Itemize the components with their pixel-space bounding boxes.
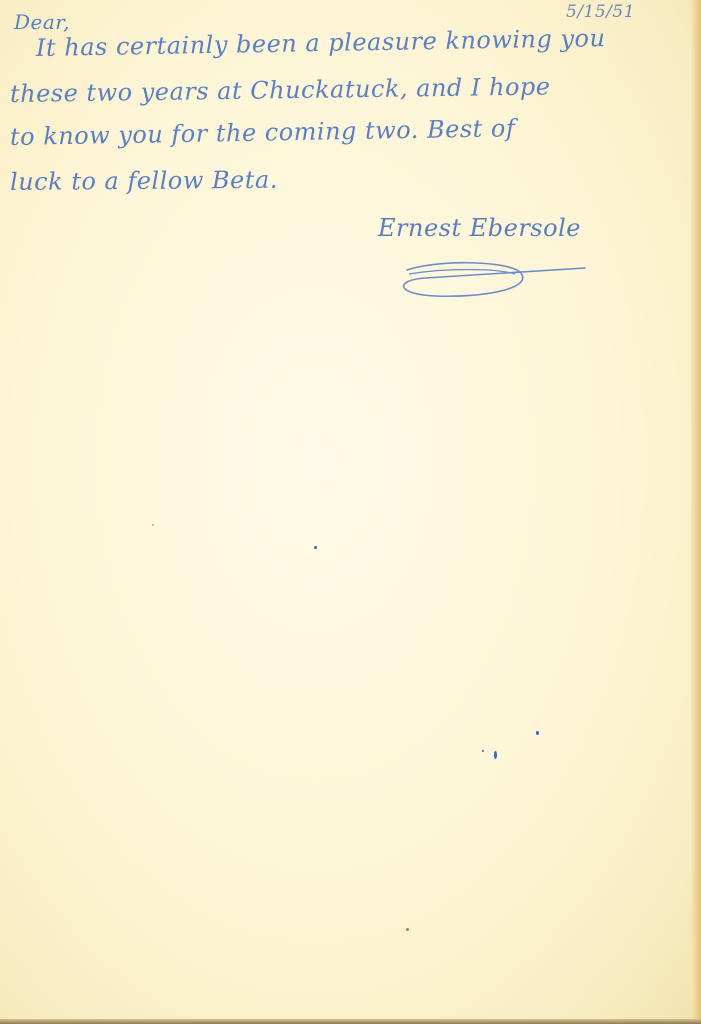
ink-speck [482,750,484,752]
note-line: luck to a fellow Beta. [10,166,278,196]
signature-flourish-icon [395,258,595,308]
ink-speck [152,524,154,526]
ink-speck [536,731,539,735]
note-line: these two years at Chuckatuck, and I hop… [10,72,551,108]
note-salutation: Dear, [14,10,70,34]
page-edge-bottom [0,1019,701,1024]
note-line: to know you for the coming two. Best of [10,114,516,151]
signature: Ernest Ebersole [378,214,581,242]
ink-speck [494,751,497,759]
scanned-page: 5/15/51 Dear, It has certainly been a pl… [0,0,701,1024]
note-line: It has certainly been a pleasure knowing… [36,24,606,62]
ink-speck [406,928,409,931]
ink-speck [314,546,317,549]
page-edge-right [691,0,701,1024]
note-date: 5/15/51 [566,2,635,22]
